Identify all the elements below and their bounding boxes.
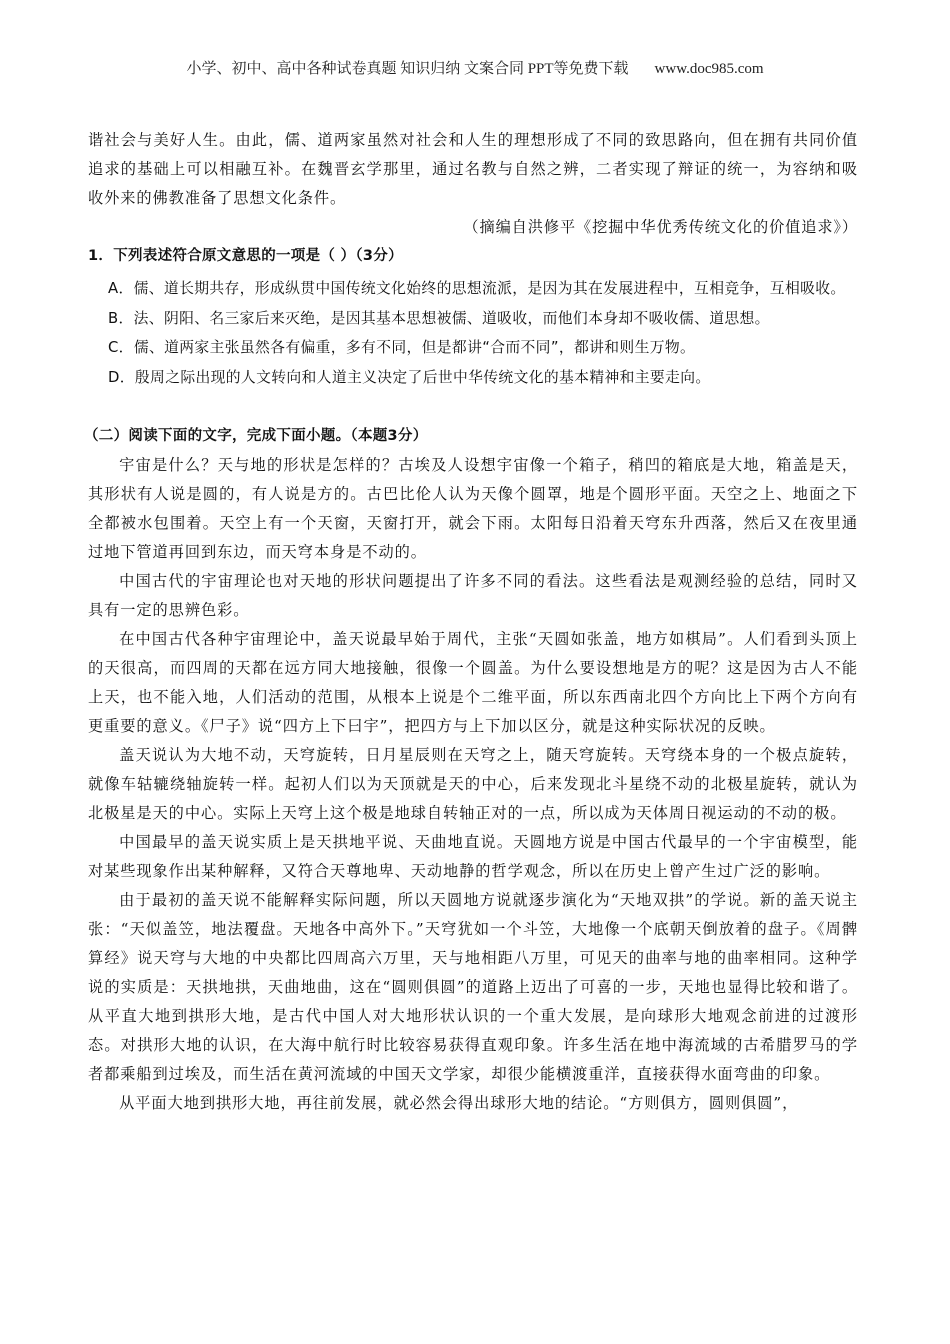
question-1-options: A．儒、道长期共存，形成纵贯中国传统文化始终的思想流派，是因为其在发展进程中，互…: [88, 274, 858, 392]
section-2-heading: （二）阅读下面的文字，完成下面小题。（本题3分）: [84, 422, 858, 451]
passage-paragraph: 宇宙是什么？天与地的形状是怎样的？古埃及人设想宇宙像一个箱子，稍凹的箱底是大地，…: [88, 451, 858, 567]
passage-paragraph: 由于最初的盖天说不能解释实际问题，所以天圆地方说就逐步演化为“天地双拱”的学说。…: [88, 886, 858, 1089]
header-url: www.doc985.com: [655, 61, 764, 77]
passage-citation: （摘编自洪修平《挖掘中华优秀传统文化的价值追求》）: [88, 213, 858, 242]
passage-paragraph: 从平面大地到拱形大地，再往前发展，就必然会得出球形大地的结论。“方则俱方，圆则俱…: [88, 1089, 858, 1118]
page-header: 小学、初中、高中各种试卷真题 知识归纳 文案合同 PPT等免费下载www.doc…: [0, 57, 950, 78]
passage-paragraph: 中国最早的盖天说实质上是天拱地平说、天曲地直说。天圆地方说是中国古代最早的一个宇…: [88, 828, 858, 886]
option-d: D．殷周之际出现的人文转向和人道主义决定了后世中华传统文化的基本精神和主要走向。: [108, 363, 858, 393]
option-d-text: 殷周之际出现的人文转向和人道主义决定了后世中华传统文化的基本精神和主要走向。: [135, 369, 711, 386]
option-a: A．儒、道长期共存，形成纵贯中国传统文化始终的思想流派，是因为其在发展进程中，互…: [108, 274, 858, 304]
question-1-title: 1．下列表述符合原文意思的一项是（ ）（3分）: [88, 242, 858, 271]
option-a-text: 儒、道长期共存，形成纵贯中国传统文化始终的思想流派，是因为其在发展进程中，互相竞…: [134, 280, 846, 297]
document-body: 谐社会与美好人生。由此，儒、道两家虽然对社会和人生的理想形成了不同的致思路向，但…: [88, 126, 858, 1118]
question-1: 1．下列表述符合原文意思的一项是（ ）（3分） A．儒、道长期共存，形成纵贯中国…: [88, 242, 858, 392]
option-d-label: D．: [108, 369, 135, 386]
option-b-label: B．: [108, 310, 134, 327]
option-b: B．法、阴阳、名三家后来灭绝，是因其基本思想被儒、道吸收，而他们本身却不吸收儒、…: [108, 304, 858, 334]
option-b-text: 法、阴阳、名三家后来灭绝，是因其基本思想被儒、道吸收，而他们本身却不吸收儒、道思…: [134, 310, 770, 327]
header-promo-text: 小学、初中、高中各种试卷真题 知识归纳 文案合同 PPT等免费下载: [186, 61, 628, 77]
passage-tail-paragraph: 谐社会与美好人生。由此，儒、道两家虽然对社会和人生的理想形成了不同的致思路向，但…: [88, 126, 858, 213]
option-c-text: 儒、道两家主张虽然各有偏重，多有不同，但是都讲“合而不同”，都讲和则生万物。: [134, 339, 695, 356]
passage-paragraph: 盖天说认为大地不动，天穹旋转，日月星辰则在天穹之上，随天穹旋转。天穹绕本身的一个…: [88, 741, 858, 828]
option-c-label: C．: [108, 339, 134, 356]
option-c: C．儒、道两家主张虽然各有偏重，多有不同，但是都讲“合而不同”，都讲和则生万物。: [108, 333, 858, 363]
passage-paragraph: 在中国古代各种宇宙理论中，盖天说最早始于周代，主张“天圆如张盖，地方如棋局”。人…: [88, 625, 858, 741]
option-a-label: A．: [108, 280, 134, 297]
passage-paragraph: 中国古代的宇宙理论也对天地的形状问题提出了许多不同的看法。这些看法是观测经验的总…: [88, 567, 858, 625]
section-2-passage: 宇宙是什么？天与地的形状是怎样的？古埃及人设想宇宙像一个箱子，稍凹的箱底是大地，…: [88, 451, 858, 1118]
